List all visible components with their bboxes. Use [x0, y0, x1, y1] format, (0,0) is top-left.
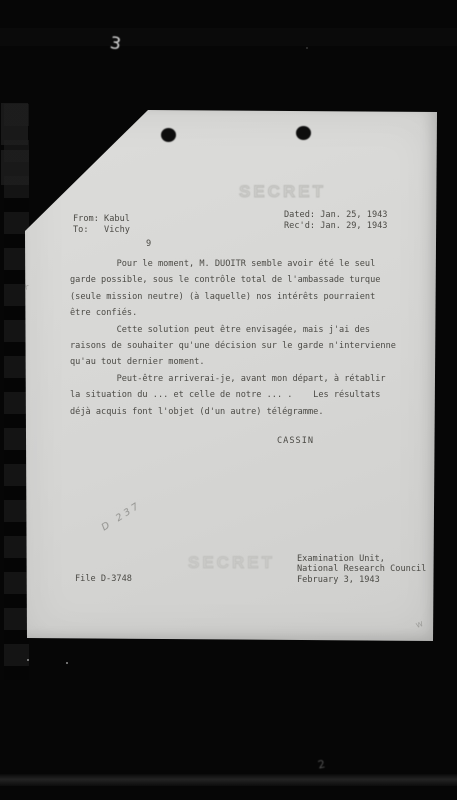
film-edge-strip	[4, 104, 29, 680]
punch-hole-right-icon	[296, 126, 311, 140]
handwritten-frame-number: 3	[109, 33, 123, 54]
received-line: Rec'd: Jan. 29, 1943	[284, 221, 387, 231]
handwritten-note: D 237	[100, 500, 144, 534]
file-number: File D-3748	[75, 574, 132, 584]
document-page: SECRET SECRET From: Kabul To: Vichy Date…	[25, 110, 437, 641]
signature: CASSIN	[277, 436, 314, 446]
footer-organization-block: Examination Unit, National Research Coun…	[297, 554, 426, 585]
dust-speck	[306, 47, 308, 49]
pencil-squiggle-bottom-right: w	[415, 619, 425, 631]
dated-line: Dated: Jan. 25, 1943	[284, 210, 387, 220]
punch-hole-left-icon	[161, 128, 176, 142]
film-edge-block	[1, 103, 28, 145]
secret-stamp-bottom: SECRET	[188, 553, 275, 573]
film-frame-gap-band	[0, 774, 457, 786]
microfilm-scan: 3 2 SECRET SECRET From: Kabul To: Vichy …	[0, 0, 457, 800]
org-date: February 3, 1943	[297, 575, 380, 585]
header-from-to: From: Kabul To: Vichy	[73, 214, 130, 236]
telegram-body-text: Pour le moment, M. DUOITR semble avoir é…	[70, 256, 396, 420]
from-line: From: Kabul	[73, 214, 130, 224]
dust-speck	[27, 659, 29, 661]
page-number: 9	[146, 239, 151, 249]
to-line: To: Vichy	[73, 225, 130, 235]
dust-speck	[66, 662, 68, 664]
film-edge-block	[1, 150, 29, 185]
org-name: National Research Council	[297, 564, 426, 574]
header-dates: Dated: Jan. 25, 1943 Rec'd: Jan. 29, 194…	[284, 210, 387, 232]
film-scratch-mark: 2	[317, 757, 327, 771]
secret-stamp-top: SECRET	[239, 182, 326, 202]
org-unit: Examination Unit,	[297, 554, 385, 564]
film-frame-top-band	[0, 28, 457, 46]
